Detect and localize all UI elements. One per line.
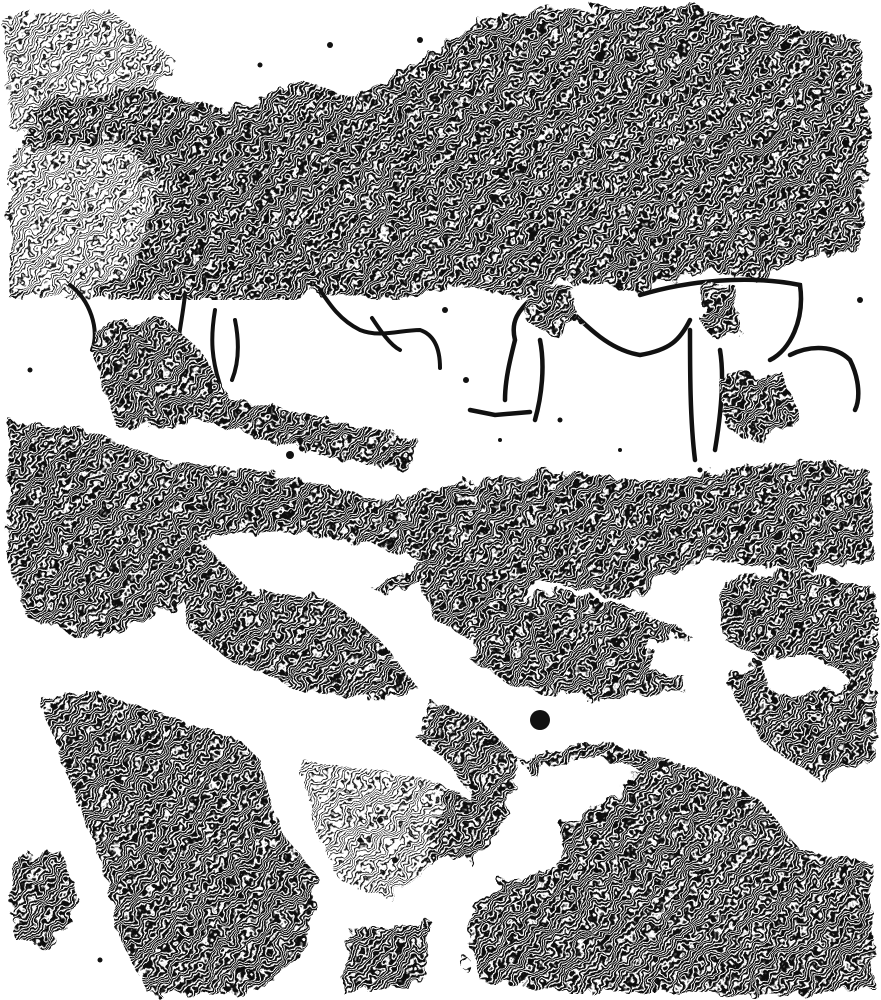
halftone-photo xyxy=(0,0,881,1000)
tree-line xyxy=(5,5,870,310)
